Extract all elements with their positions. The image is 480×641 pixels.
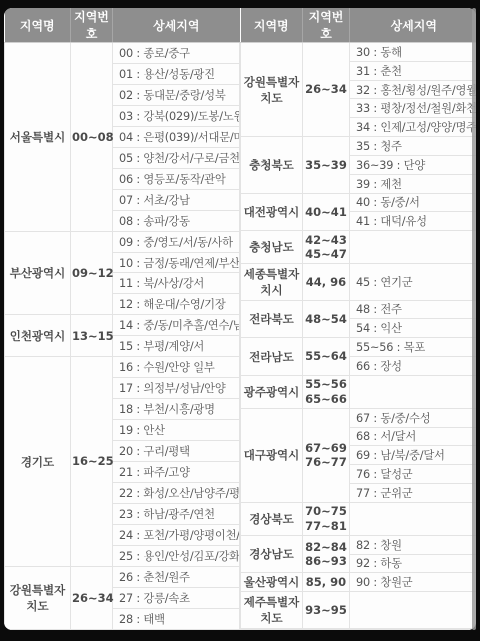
region-name-cell: 대구광역시	[241, 408, 303, 502]
detail-cell: 45 : 연기군	[350, 264, 477, 301]
table-row: 인천광역시13~1514 : 중/동/미추홀/연수/남동	[5, 315, 240, 336]
region-name-cell: 부산광역시	[5, 231, 71, 315]
region-code-cell: 26~34	[71, 566, 113, 629]
header-row: 지역명 지역번호 상세지역	[5, 8, 240, 43]
detail-cell	[350, 231, 477, 264]
detail-cell: 22 : 화성/오산/남양주/평택 일부	[113, 483, 240, 504]
region-name-cell: 강원특별자치도	[241, 43, 303, 137]
region-name-cell: 전라북도	[241, 300, 303, 338]
detail-cell: 69 : 남/북/중/달서	[350, 446, 477, 465]
region-name-cell: 대전광역시	[241, 193, 303, 231]
table-row: 울산광역시85, 9090 : 창원군	[241, 573, 477, 592]
detail-cell	[350, 502, 477, 535]
detail-cell: 08 : 송파/강동	[113, 210, 240, 231]
table-row: 서울특별시00~0800 : 종로/중구	[5, 43, 240, 64]
table-row: 전라북도48~5448 : 전주	[241, 300, 477, 319]
detail-cell: 04 : 은평(039)/서대문/마포	[113, 126, 240, 147]
detail-cell: 18 : 부천/시흥/광명	[113, 399, 240, 420]
region-code-cell: 70~75 77~81	[303, 502, 350, 535]
detail-cell: 35 : 청주	[350, 137, 477, 156]
header-region-code: 지역번호	[71, 8, 113, 43]
region-name-cell: 강원특별자치도	[5, 566, 71, 629]
table-row: 충청남도42~43 45~47	[241, 231, 477, 264]
detail-cell: 34 : 인제/고성/양양/명주/삼척	[350, 118, 477, 137]
detail-cell: 10 : 금정/동래/연제/부산진/남	[113, 252, 240, 273]
table-row: 세종특별자치시44, 9645 : 연기군	[241, 264, 477, 301]
region-name-cell: 경상북도	[241, 502, 303, 535]
region-code-cell: 40~41	[303, 193, 350, 231]
table-header: 지역명 지역번호 상세지역	[5, 8, 240, 43]
detail-cell: 20 : 구리/평택	[113, 441, 240, 462]
region-code-cell: 85, 90	[303, 573, 350, 592]
header-region-name: 지역명	[241, 8, 303, 43]
region-name-cell: 서울특별시	[5, 43, 71, 232]
table-body-left: 서울특별시00~0800 : 종로/중구01 : 용산/성동/광진02 : 동대…	[5, 43, 240, 630]
detail-cell: 54 : 익산	[350, 319, 477, 338]
detail-cell: 16 : 수원/안양 일부	[113, 357, 240, 378]
region-code-cell: 93~95	[303, 592, 350, 629]
region-code-cell: 35~39	[303, 137, 350, 193]
region-code-cell: 42~43 45~47	[303, 231, 350, 264]
region-code-cell: 09~12	[71, 231, 113, 315]
table-row: 제주특별자치도93~95	[241, 592, 477, 629]
region-name-cell: 세종특별자치시	[241, 264, 303, 301]
region-code-cell: 13~15	[71, 315, 113, 357]
table-row: 경기도16~2516 : 수원/안양 일부	[5, 357, 240, 378]
detail-cell: 21 : 파주/고양	[113, 462, 240, 483]
region-name-cell: 경상남도	[241, 535, 303, 573]
region-code-cell: 44, 96	[303, 264, 350, 301]
region-name-cell: 충청북도	[241, 137, 303, 193]
detail-cell: 33 : 평창/정선/철원/화천/양구	[350, 99, 477, 118]
header-region-name: 지역명	[5, 8, 71, 43]
detail-cell: 82 : 창원	[350, 535, 477, 554]
table-row: 광주광역시55~56 65~66	[241, 375, 477, 408]
header-region-code: 지역번호	[303, 8, 350, 43]
detail-cell: 67 : 동/중/수성	[350, 408, 477, 427]
detail-cell: 03 : 강북(029)/도봉/노원	[113, 105, 240, 126]
detail-cell	[350, 592, 477, 629]
region-code-cell: 00~08	[71, 43, 113, 232]
table-row: 충청북도35~3935 : 청주	[241, 137, 477, 156]
detail-cell: 23 : 하남/광주/연천	[113, 503, 240, 524]
detail-cell: 24 : 포천/가평/양평이천/여주	[113, 524, 240, 545]
detail-cell: 55~56 : 목포	[350, 338, 477, 357]
region-name-cell	[241, 628, 303, 629]
region-name-cell: 충청남도	[241, 231, 303, 264]
detail-cell: 39 : 제천	[350, 174, 477, 193]
detail-cell: 19 : 안산	[113, 420, 240, 441]
detail-cell: 40 : 동/중/서	[350, 193, 477, 212]
detail-cell: 09 : 중/영도/서/동/사하	[113, 231, 240, 252]
region-table-left: 지역명 지역번호 상세지역 서울특별시00~0800 : 종로/중구01 : 용…	[4, 8, 240, 630]
detail-cell: 06 : 영등포/동작/관악	[113, 168, 240, 189]
detail-cell: 90 : 창원군	[350, 573, 477, 592]
detail-cell: 48 : 전주	[350, 300, 477, 319]
table-row: 대전광역시40~4140 : 동/중/서	[241, 193, 477, 212]
detail-cell	[350, 628, 477, 629]
region-code-cell	[303, 628, 350, 629]
detail-cell: 14 : 중/동/미추홀/연수/남동	[113, 315, 240, 336]
detail-cell: 31 : 춘천	[350, 61, 477, 80]
detail-cell: 92 : 하동	[350, 554, 477, 573]
table-row: 전라남도55~6455~56 : 목포	[241, 338, 477, 357]
header-detail-region: 상세지역	[113, 8, 240, 43]
region-name-cell: 제주특별자치도	[241, 592, 303, 629]
detail-cell: 68 : 서/달서	[350, 427, 477, 446]
region-code-cell: 55~56 65~66	[303, 375, 350, 408]
region-name-cell: 울산광역시	[241, 573, 303, 592]
table-header: 지역명 지역번호 상세지역	[241, 8, 477, 43]
table-row: 강원특별자치도26~3430 : 동해	[241, 43, 477, 62]
region-code-cell: 48~54	[303, 300, 350, 338]
detail-cell: 11 : 북/사상/강서	[113, 273, 240, 294]
region-code-cell: 67~69 76~77	[303, 408, 350, 502]
region-code-cell: 55~64	[303, 338, 350, 376]
detail-cell: 28 : 태백	[113, 608, 240, 629]
region-name-cell: 광주광역시	[241, 375, 303, 408]
region-table-right: 지역명 지역번호 상세지역 강원특별자치도26~3430 : 동해31 : 춘천…	[240, 8, 476, 630]
region-code-cell: 16~25	[71, 357, 113, 567]
detail-cell: 36~39 : 단양	[350, 155, 477, 174]
detail-cell: 77 : 군위군	[350, 484, 477, 503]
header-row: 지역명 지역번호 상세지역	[241, 8, 477, 43]
detail-cell: 01 : 용산/성동/광진	[113, 63, 240, 84]
table-row: 경상남도82~84 86~9382 : 창원	[241, 535, 477, 554]
detail-cell: 26 : 춘천/원주	[113, 566, 240, 587]
region-name-cell: 인천광역시	[5, 315, 71, 357]
detail-cell: 07 : 서초/강남	[113, 189, 240, 210]
table-row: 부산광역시09~1209 : 중/영도/서/동/사하	[5, 231, 240, 252]
region-name-cell: 경기도	[5, 357, 71, 567]
detail-cell: 12 : 해운대/수영/기장	[113, 294, 240, 315]
detail-cell	[350, 375, 477, 408]
table-row: 강원특별자치도26~3426 : 춘천/원주	[5, 566, 240, 587]
header-detail-region: 상세지역	[350, 8, 477, 43]
detail-cell: 25 : 용인/안성/김포/강화	[113, 545, 240, 566]
detail-cell: 32 : 홍천/횡성/원주/영월	[350, 80, 477, 99]
region-code-table-card: 지역명 지역번호 상세지역 서울특별시00~0800 : 종로/중구01 : 용…	[4, 8, 476, 630]
table-row	[241, 628, 477, 629]
detail-cell: 00 : 종로/중구	[113, 43, 240, 64]
detail-cell: 41 : 대덕/유성	[350, 212, 477, 231]
table-row: 경상북도70~75 77~81	[241, 502, 477, 535]
detail-cell: 02 : 동대문/중랑/성북	[113, 84, 240, 105]
detail-cell: 30 : 동해	[350, 43, 477, 62]
detail-cell: 05 : 양천/강서/구로/금천	[113, 147, 240, 168]
scrollbar[interactable]	[472, 8, 476, 630]
region-code-cell: 82~84 86~93	[303, 535, 350, 573]
region-name-cell: 전라남도	[241, 338, 303, 376]
detail-cell: 66 : 장성	[350, 357, 477, 376]
detail-cell: 15 : 부평/계양/서	[113, 336, 240, 357]
detail-cell: 17 : 의정부/성남/안양	[113, 378, 240, 399]
table-body-right: 강원특별자치도26~3430 : 동해31 : 춘천32 : 홍천/횡성/원주/…	[241, 43, 477, 630]
detail-cell: 76 : 달성군	[350, 465, 477, 484]
table-row: 대구광역시67~69 76~7767 : 동/중/수성	[241, 408, 477, 427]
detail-cell: 27 : 강릉/속초	[113, 587, 240, 608]
region-code-cell: 26~34	[303, 43, 350, 137]
